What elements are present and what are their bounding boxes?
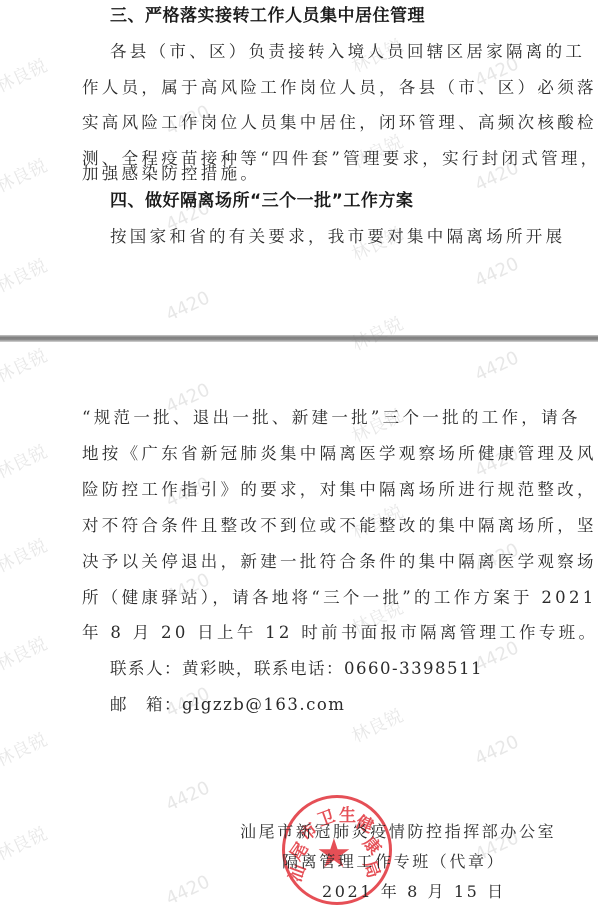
section-heading-4: 四、做好隔离场所“三个一批”工作方案 xyxy=(110,191,413,211)
paragraph-line: 地按《广东省新冠肺炎集中隔离医学观察场所健康管理及风 xyxy=(82,444,522,464)
page-separator xyxy=(0,335,598,342)
paragraph-line: 决予以关停退出，新建一批符合条件的集中隔离医学观察场 xyxy=(82,552,522,572)
contact-line: 联系人：黄彩映，联系电话：0660-3398511 xyxy=(110,659,550,679)
signature-org: 汕尾市新冠肺炎疫情防控指挥部办公室 xyxy=(240,822,556,842)
paragraph-line: 实高风险工作岗位人员集中居住，闭环管理、高频次核酸检 xyxy=(82,113,522,133)
paragraph-line: 年 8 月 20 日上午 12 时前书面报市隔离管理工作专班。 xyxy=(82,623,522,643)
paragraph-line: 各县（市、区）负责接转入境人员回辖区居家隔离的工 xyxy=(110,42,550,62)
signature-date: 2021 年 8 月 15 日 xyxy=(322,882,506,902)
paragraph-line: 加强感染防控措施。 xyxy=(82,164,522,184)
paragraph-line: “规范一批、退出一批、新建一批”三个一批的工作，请各 xyxy=(82,408,522,428)
paragraph-line: 险防控工作指引》的要求，对集中隔离场所进行规范整改， xyxy=(82,480,522,500)
paragraph-line: 按国家和省的有关要求，我市要对集中隔离场所开展 xyxy=(110,227,550,247)
paragraph-line: 对不符合条件且整改不到位或不能整改的集中隔离场所，坚 xyxy=(82,516,522,536)
paragraph-line: 所（健康驿站），请各地将“三个一批”的工作方案于 2021 xyxy=(82,588,522,608)
email-line: 邮 箱：glgzzb@163.com xyxy=(110,695,550,715)
paragraph-line: 作人员，属于高风险工作岗位人员，各县（市、区）必须落 xyxy=(82,78,522,98)
section-heading-3: 三、严格落实接转工作人员集中居住管理 xyxy=(110,6,425,26)
signature-unit: 隔离管理工作专班（代章） xyxy=(282,852,505,872)
